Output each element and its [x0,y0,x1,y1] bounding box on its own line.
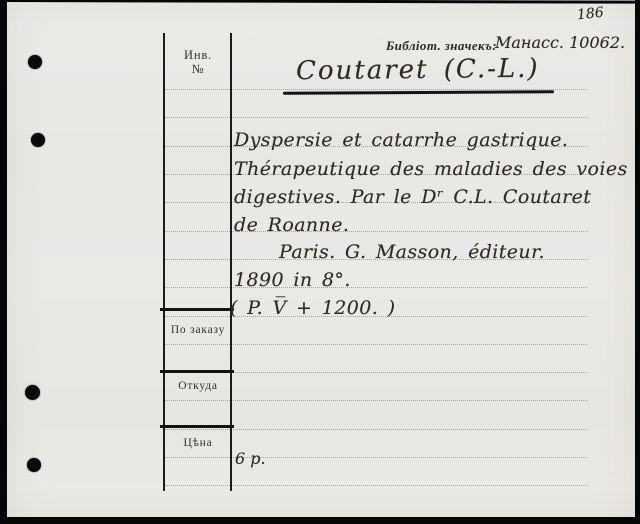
ruled-line [164,344,588,345]
inventory-label-line1: Инв. [164,48,232,62]
catalog-entry-line: digestives. Par le Dʳ C.L. Coutaret [234,186,591,208]
section-separator [160,370,234,373]
library-stamp-value: Манасс. 10062. [495,33,625,52]
ruled-line [164,400,588,401]
catalog-entry-line: Dyspersie et catarrhe gastrique. [234,129,568,151]
ruled-line [164,117,588,118]
scan-edge-right [635,0,640,524]
punch-hole [31,133,45,147]
origin-label: Откуда [164,380,232,392]
catalog-entry-line: Thérapeutique des maladies des voies [234,158,628,180]
price-value: 6 р. [235,449,266,468]
author-heading: Coutaret (C.-L.) [296,54,540,87]
catalog-entry-line: ( P. V̅ + 1200. ) [230,297,395,319]
scanned-catalog-card: Инв. № По заказу Откуда Цѣна Библіот. зн… [0,0,640,524]
price-label: Цѣна [164,437,232,449]
column-border-right [230,33,232,491]
ruled-line [164,231,588,232]
column-border-left [163,33,165,491]
punch-hole [27,458,41,472]
section-separator [160,425,234,428]
catalog-entry-line: 1890 in 8°. [234,269,351,291]
punch-hole [25,385,40,400]
scan-edge-bottom [0,517,640,524]
ruled-line [164,485,588,486]
scan-edge-left [0,0,7,524]
ruled-line [164,429,588,430]
catalog-entry-line: de Roanne. [234,214,349,236]
ruled-line [164,457,588,458]
page-number: 186 [576,5,604,24]
inventory-label-line2: № [164,62,232,76]
section-separator [160,308,234,311]
ruled-line [164,287,588,288]
by-order-label: По заказу [164,324,232,336]
catalog-entry-line: Paris. G. Masson, éditeur. [279,241,545,263]
inventory-number-label: Инв. № [164,48,232,76]
punch-hole [28,55,42,69]
library-stamp-label: Библіот. значекъ: [386,38,497,54]
